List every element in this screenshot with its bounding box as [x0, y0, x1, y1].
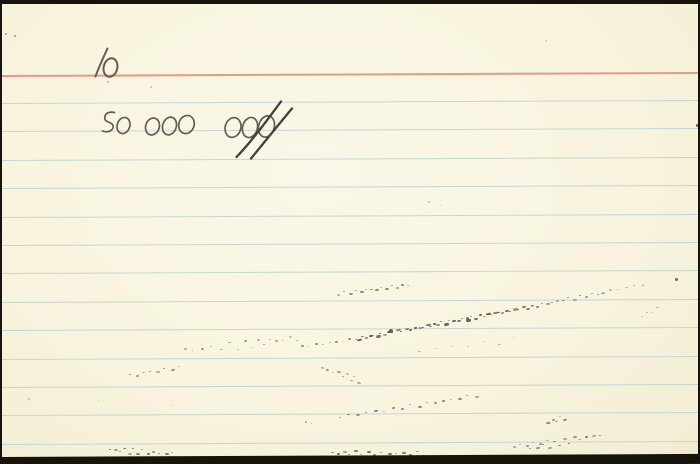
handwritten-number-10 [96, 49, 120, 79]
index-card [0, 0, 700, 464]
handwritten-number-50000000 [103, 112, 277, 139]
card-left-edge [0, 0, 2, 464]
card-top-edge [0, 0, 700, 4]
strikethrough-strokes [237, 102, 293, 159]
handwriting-layer [0, 0, 700, 464]
